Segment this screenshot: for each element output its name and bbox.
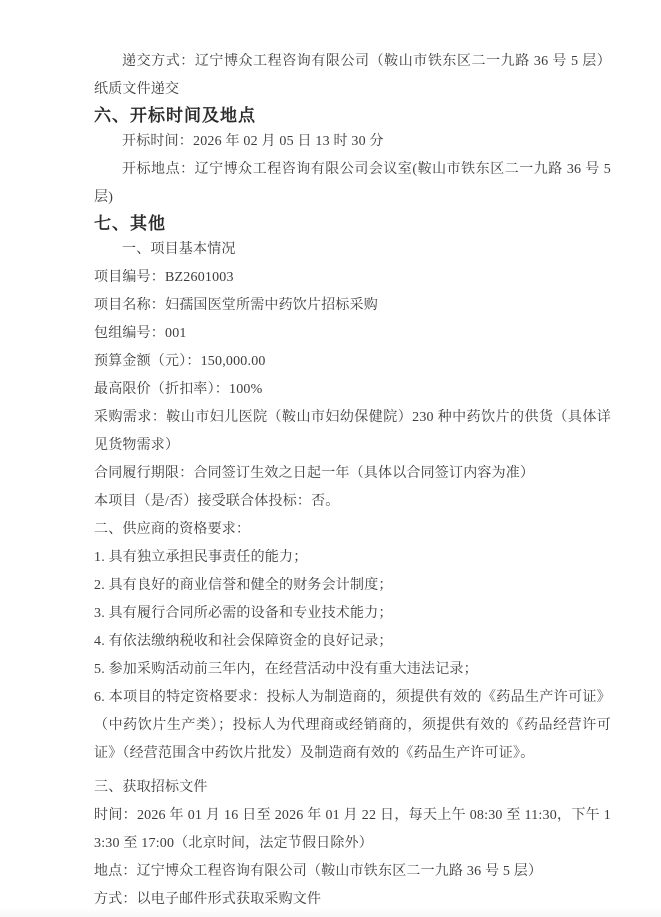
subsection-2-title: 二、供应商的资格要求： [94,516,611,544]
contract-period-line: 合同履行期限：合同签订生效之日起一年（具体以合同签订内容为准） [94,460,611,488]
qualification-item-3: 3. 具有履行合同所必需的设备和专业技术能力； [94,600,611,628]
document-page: 递交方式：辽宁博众工程咨询有限公司（鞍山市铁东区二一九路 36 号 5 层）纸质… [0,0,661,917]
consortium-bid-line: 本项目（是/否）接受联合体投标：否。 [94,488,611,516]
package-number-line: 包组编号：001 [94,320,611,348]
max-price-line: 最高限价（折扣率）：100% [94,376,611,404]
bid-opening-time-line: 开标时间：2026 年 02 月 05 日 13 时 30 分 [94,128,611,156]
qualification-item-2: 2. 具有良好的商业信誉和健全的财务会计制度； [94,572,611,600]
project-number-line: 项目编号：BZ2601003 [94,264,611,292]
project-name-line: 项目名称：妇孺国医堂所需中药饮片招标采购 [94,292,611,320]
procurement-demand-line: 采购需求：鞍山市妇儿医院（鞍山市妇幼保健院）230 种中药饮片的供货（具体详见货… [94,404,611,460]
section-6-heading: 六、开标时间及地点 [94,104,611,128]
budget-amount-line: 预算金额（元）：150,000.00 [94,348,611,376]
obtain-time-line: 时间：2026 年 01 月 16 日至 2026 年 01 月 22 日，每天… [94,802,611,858]
qualification-item-4: 4. 有依法缴纳税收和社会保障资金的良好记录； [94,628,611,656]
obtain-place-line: 地点：辽宁博众工程咨询有限公司（鞍山市铁东区二一九路 36 号 5 层） [94,858,611,886]
bid-opening-place-line: 开标地点：辽宁博众工程咨询有限公司会议室(鞍山市铁东区二一九路 36 号 5 层… [94,156,611,212]
qualification-item-5: 5. 参加采购活动前三年内，在经营活动中没有重大违法记录； [94,656,611,684]
section-7-heading: 七、其他 [94,212,611,236]
qualification-item-1: 1. 具有独立承担民事责任的能力； [94,544,611,572]
qualification-item-6: 6. 本项目的特定资格要求：投标人为制造商的，须提供有效的《药品生产许可证》（中… [94,684,611,768]
delivery-method-line: 递交方式：辽宁博众工程咨询有限公司（鞍山市铁东区二一九路 36 号 5 层）纸质… [94,48,611,104]
subsection-1-title: 一、项目基本情况 [94,236,611,264]
document-content: 递交方式：辽宁博众工程咨询有限公司（鞍山市铁东区二一九路 36 号 5 层）纸质… [0,0,661,914]
subsection-3-title: 三、获取招标文件 [94,774,611,802]
scan-edge-shadow [0,907,661,917]
